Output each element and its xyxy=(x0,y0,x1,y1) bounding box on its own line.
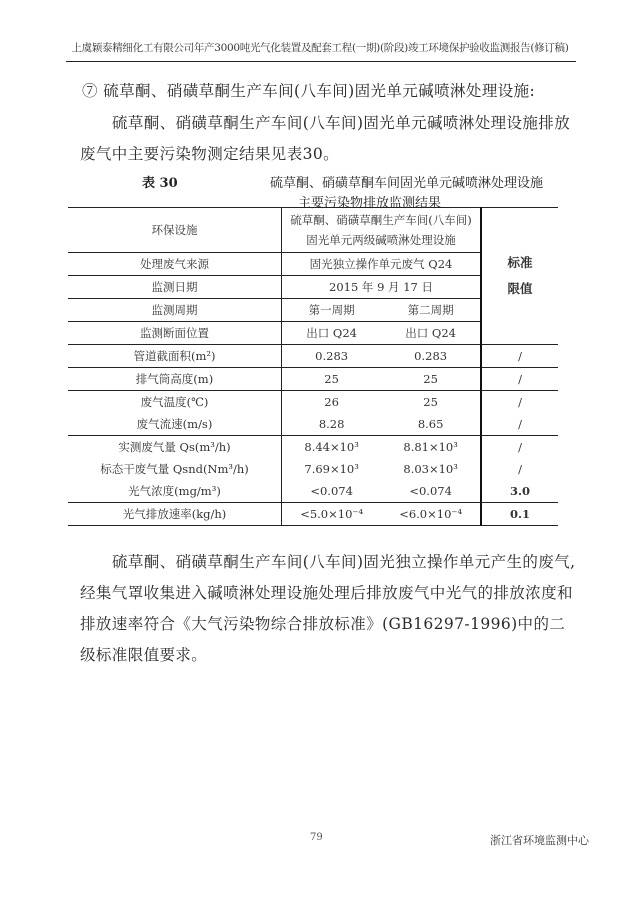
table-row: 环保设施 硫草酮、硝磺草酮生产车间(八车间) 固光单元两级碱喷淋处理设施 标准 … xyxy=(68,208,558,253)
table-title-line1: 硫草酮、硝磺草酮车间固光单元碱喷淋处理设施 xyxy=(270,172,543,191)
row-label: 管道截面积(m²) xyxy=(68,345,282,368)
cell-value: 8.81×10³ xyxy=(381,436,481,459)
row-label: 处理废气来源 xyxy=(68,253,282,276)
emission-results-table: 环保设施 硫草酮、硝磺草酮生产车间(八车间) 固光单元两级碱喷淋处理设施 标准 … xyxy=(68,207,558,526)
cell-value: 7.69×10³ xyxy=(282,458,382,480)
row-label: 标态干废气量 Qsnd(Nm³/h) xyxy=(68,458,282,480)
row-label: 排气筒高度(m) xyxy=(68,368,282,391)
std-value: 0.1 xyxy=(481,503,558,526)
row-label: 光气排放速率(kg/h) xyxy=(68,503,282,526)
cell-value: 8.03×10³ xyxy=(381,458,481,480)
intro-paragraph: 硫草酮、硝磺草酮生产车间(八车间)固光单元碱喷淋处理设施排放废气中主要污染物测定… xyxy=(80,108,580,170)
std-header-line1: 标准 xyxy=(484,250,556,276)
facility-line2: 固光单元两级碱喷淋处理设施 xyxy=(284,230,478,250)
standard-limit-header: 标准 限值 xyxy=(481,208,558,345)
table-row: 废气温度(℃) 26 25 / xyxy=(68,391,558,414)
cell-value: 出口 Q24 xyxy=(282,322,382,345)
std-value: / xyxy=(481,436,558,459)
table-row: 标态干废气量 Qsnd(Nm³/h) 7.69×10³ 8.03×10³ / xyxy=(68,458,558,480)
cell-value: 0.283 xyxy=(381,345,481,368)
row-label: 废气流速(m/s) xyxy=(68,413,282,436)
std-value: / xyxy=(481,345,558,368)
cell-value: 25 xyxy=(381,391,481,414)
facility-value: 硫草酮、硝磺草酮生产车间(八车间) 固光单元两级碱喷淋处理设施 xyxy=(282,208,482,253)
conclusion-paragraph: 硫草酮、硝磺草酮生产车间(八车间)固光独立操作单元产生的废气,经集气罩收集进入碱… xyxy=(80,547,580,671)
table-row: 光气排放速率(kg/h) <5.0×10⁻⁴ <6.0×10⁻⁴ 0.1 xyxy=(68,503,558,526)
cell-value: 2015 年 9 月 17 日 xyxy=(282,276,482,299)
cell-value: 固光独立操作单元废气 Q24 xyxy=(282,253,482,276)
cell-value: <0.074 xyxy=(381,480,481,503)
cell-value: 第二周期 xyxy=(381,299,481,322)
cell-value: <5.0×10⁻⁴ xyxy=(282,503,382,526)
table-row: 实测废气量 Qs(m³/h) 8.44×10³ 8.81×10³ / xyxy=(68,436,558,459)
page-number: 79 xyxy=(310,832,323,843)
table-row: 管道截面积(m²) 0.283 0.283 / xyxy=(68,345,558,368)
cell-value: 25 xyxy=(381,368,481,391)
std-header-line2: 限值 xyxy=(484,276,556,302)
table-row: 光气浓度(mg/m³) <0.074 <0.074 3.0 xyxy=(68,480,558,503)
cell-value: 8.28 xyxy=(282,413,382,436)
row-label: 监测日期 xyxy=(68,276,282,299)
row-label: 环保设施 xyxy=(68,208,282,253)
std-value: 3.0 xyxy=(481,480,558,503)
table-row: 排气筒高度(m) 25 25 / xyxy=(68,368,558,391)
cell-value: <0.074 xyxy=(282,480,382,503)
running-header: 上虞颖泰精细化工有限公司年产3000吨光气化装置及配套工程(一期)(阶段)竣工环… xyxy=(66,40,574,58)
header-divider xyxy=(66,61,576,62)
cell-value: 25 xyxy=(282,368,382,391)
table-row: 废气流速(m/s) 8.28 8.65 / xyxy=(68,413,558,436)
std-value: / xyxy=(481,458,558,480)
row-label: 监测周期 xyxy=(68,299,282,322)
std-value: / xyxy=(481,413,558,436)
cell-value: 出口 Q24 xyxy=(381,322,481,345)
cell-value: 第一周期 xyxy=(282,299,382,322)
cell-value: 8.44×10³ xyxy=(282,436,382,459)
table-label: 表 30 xyxy=(142,172,178,191)
cell-value: 0.283 xyxy=(282,345,382,368)
facility-line1: 硫草酮、硝磺草酮生产车间(八车间) xyxy=(284,210,478,230)
section-heading: ⑦ 硫草酮、硝磺草酮生产车间(八车间)固光单元碱喷淋处理设施: xyxy=(80,76,582,107)
row-label: 废气温度(℃) xyxy=(68,391,282,414)
std-value: / xyxy=(481,391,558,414)
footer-organization: 浙江省环境监测中心 xyxy=(490,832,589,848)
cell-value: 26 xyxy=(282,391,382,414)
row-label: 监测断面位置 xyxy=(68,322,282,345)
std-value: / xyxy=(481,368,558,391)
cell-value: 8.65 xyxy=(381,413,481,436)
row-label: 实测废气量 Qs(m³/h) xyxy=(68,436,282,459)
row-label: 光气浓度(mg/m³) xyxy=(68,480,282,503)
cell-value: <6.0×10⁻⁴ xyxy=(381,503,481,526)
